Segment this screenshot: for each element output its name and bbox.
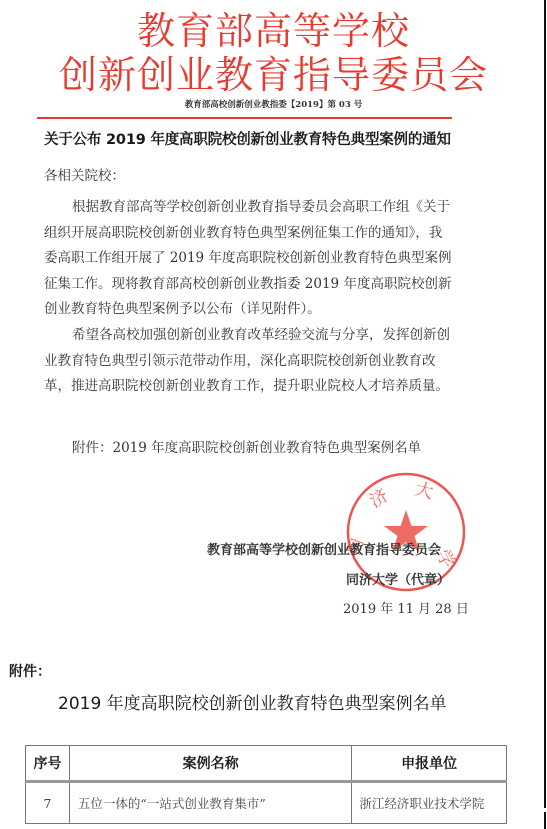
paragraph-line: 希望各高校加强创新创业教育改革经验交流与分享，发挥创新创 [44, 323, 439, 349]
paragraph-line: 组织开展高职院校创新创业教育特色典型案例征集工作的通知》，我 [44, 221, 439, 247]
header-unit: 申报单位 [352, 746, 507, 782]
red-divider [37, 117, 452, 119]
page-edge-divider [544, 0, 546, 808]
letterhead-line-1: 教育部高等学校 [0, 8, 547, 54]
document-page: 教育部高等学校 创新创业教育指导委员会 教育部高校创新创业教指委【2019】第 … [0, 0, 547, 829]
signing-university: 同济大学（代章） [346, 569, 450, 588]
salutation: 各相关院校： [44, 164, 125, 184]
svg-text:济: 济 [366, 485, 392, 512]
attachment-reference: 附件：2019 年度高职院校创新创业教育特色典型案例名单 [72, 436, 421, 456]
header-case-name: 案例名称 [69, 746, 351, 782]
paragraph-line: 委高职工作组开展了 2019 年度高职院校创新创业教育特色典型案例 [44, 246, 439, 272]
paragraph-line: 创业教育特色典型案例予以公布（详见附件）。 [44, 297, 439, 323]
notice-title: 关于公布 2019 年度高职院校创新创业教育特色典型案例的通知 [44, 128, 451, 149]
notice-paragraph-2: 希望各高校加强创新创业教育改革经验交流与分享，发挥创新创 业教育特色典型引领示范… [44, 323, 439, 400]
annex-title: 2019 年度高职院校创新创业教育特色典型案例名单 [58, 689, 447, 714]
table-header-row: 序号 案例名称 申报单位 [26, 746, 507, 782]
paragraph-line: 业教育特色典型引领示范带动作用，深化高职院校创新创业教育改 [44, 349, 439, 375]
notice-paragraph-1: 根据教育部高等学校创新创业教育指导委员会高职工作组《关于 组织开展高职院校创新创… [44, 195, 439, 323]
table-row: 7 五位一体的“一站式创业教育集市” 浙江经济职业技术学院 [26, 782, 507, 824]
page-edge-divider [544, 812, 546, 829]
paragraph-line: 征集工作。现将教育部高校创新创业教指委 2019 年度高职院校创新 [44, 272, 439, 298]
svg-text:大: 大 [413, 479, 436, 504]
document-number: 教育部高校创新创业教指委【2019】第 03 号 [0, 98, 547, 110]
header-number: 序号 [26, 746, 70, 782]
signing-date: 2019 年 11 月 28 日 [343, 598, 469, 617]
letterhead-line-2: 创新创业教育指导委员会 [0, 52, 547, 98]
paragraph-line: 根据教育部高等学校创新创业教育指导委员会高职工作组《关于 [44, 195, 439, 221]
signing-organization: 教育部高等学校创新创业教育指导委员会 [207, 539, 441, 558]
paragraph-line: 革，推进高职院校创新创业教育工作，提升职业院校人才培养质量。 [44, 374, 439, 400]
annex-label: 附件： [9, 661, 51, 681]
cell-unit: 浙江经济职业技术学院 [352, 782, 507, 824]
cell-case-name: 五位一体的“一站式创业教育集市” [69, 782, 351, 824]
case-list-table: 序号 案例名称 申报单位 7 五位一体的“一站式创业教育集市” 浙江经济职业技术… [25, 745, 507, 824]
cell-number: 7 [26, 782, 70, 824]
